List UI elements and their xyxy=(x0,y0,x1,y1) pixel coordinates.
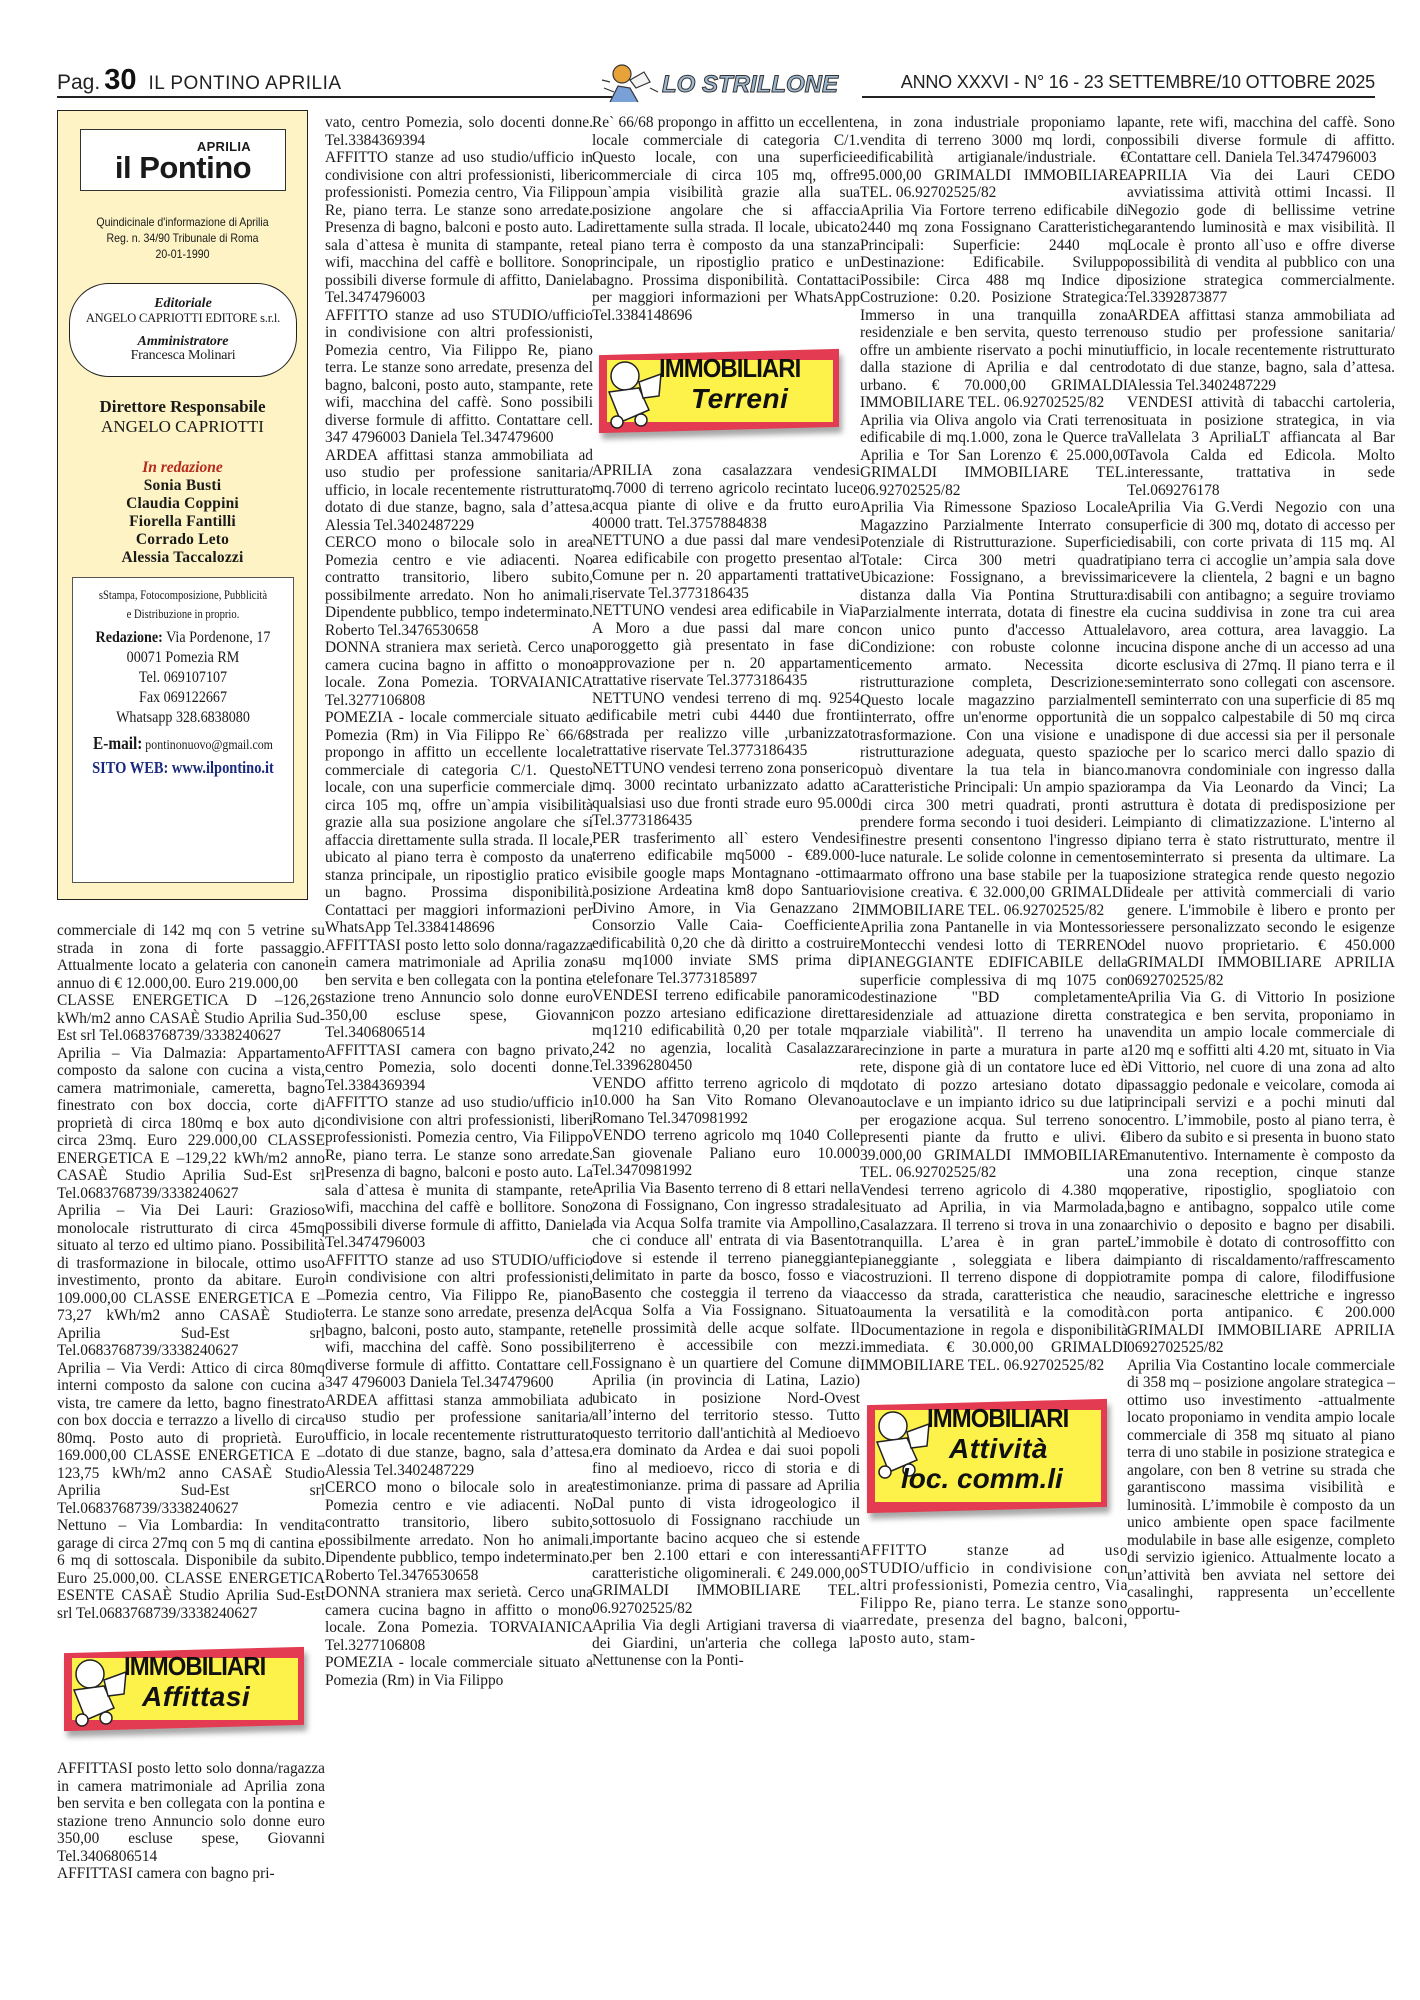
svg-text:LO STRILLONE: LO STRILLONE xyxy=(662,71,839,98)
classified-ad: vato, centro Pomezia, solo docenti donne… xyxy=(325,114,593,149)
classified-ad: AFFITTASI posto letto solo donna/ragazza… xyxy=(325,937,593,1042)
classified-ad: NETTUNO a due passi dal mare vendesi are… xyxy=(592,532,860,602)
classified-ad: NETTUNO vendesi terreno zona ponserico m… xyxy=(592,760,860,830)
classified-ad: Aprilia Via degli Artigiani traversa di … xyxy=(592,1617,860,1670)
classified-ad: POMEZIA - locale commerciale situato a P… xyxy=(325,1654,593,1689)
section-banner-attivita: IMMOBILIARI Attività loc. comm.li xyxy=(863,1396,1113,1522)
column-2: vato, centro Pomezia, solo docenti donne… xyxy=(325,114,593,1689)
whatsapp-number: Whatsapp 328.6838080 xyxy=(86,708,280,728)
classified-ad: Aprilia – Via Dei Lauri: Grazioso monolo… xyxy=(57,1202,325,1360)
classified-ad: Aprilia – Via Dalmazia: Appartamento com… xyxy=(57,1045,325,1203)
classified-ad: ARDEA affittasi stanza ammobiliata ad us… xyxy=(325,1392,593,1480)
classified-ad: AFFITTASI posto letto solo donna/ragazza… xyxy=(57,1760,325,1865)
classified-ad: Aprilia via Oliva angolo via Crati terre… xyxy=(860,412,1128,500)
classified-ad: NETTUNO vendesi area edificabile in Via … xyxy=(592,602,860,690)
lo-strillone-logo-icon: LO STRILLONE xyxy=(600,58,880,106)
classified-ad: Re` 66/68 propongo in affitto un eccelle… xyxy=(592,114,860,324)
classified-ad: DONNA straniera max serietà. Cerco una c… xyxy=(325,1584,593,1654)
column-1: APRILIA il Pontino Quindicinale d'inform… xyxy=(57,108,325,1883)
section-banner-terreni: IMMOBILIARI Terreni xyxy=(595,346,845,442)
classified-ad: Aprilia – Via Verdi: Attico di circa 80m… xyxy=(57,1360,325,1518)
publication-title: IL PONTINO APRILIA xyxy=(148,73,341,95)
newsboy-mascot-icon xyxy=(595,352,665,432)
classified-ad: AFFITTASI camera con bagno privato, cent… xyxy=(325,1042,593,1095)
column-4: na, in zona industriale proponiamo la ve… xyxy=(860,114,1128,1647)
director-block: Direttore Responsabile ANGELO CAPRIOTTI xyxy=(58,397,307,437)
page-header: Pag. 30 IL PONTINO APRILIA LO STRILLONE … xyxy=(57,62,1375,102)
classified-ad: na, in zona industriale proponiamo la ve… xyxy=(860,114,1128,202)
column-3: Re` 66/68 propongo in affitto un eccelle… xyxy=(592,114,860,1670)
classified-ad: Aprilia Via Costantino locale commercial… xyxy=(1127,1357,1395,1620)
classified-ad: APRILIA zona casalazzara vendesi mq.7000… xyxy=(592,462,860,532)
classified-ad: Aprilia zona Pantanelle in via Montessor… xyxy=(860,919,1128,1182)
column-5: pante, rete wifi, macchina del caffè. So… xyxy=(1127,114,1395,1619)
issue-info: ANNO XXXVI - N° 16 - 23 SETTEMBRE/10 OTT… xyxy=(862,62,1375,98)
email-address: E-mail: pontinonuovo@gmail.com xyxy=(90,732,277,757)
classified-ad: CLASSE ENERGETICA D –126,26 kWh/m2 anno … xyxy=(57,992,325,1045)
header-left: Pag. 30 IL PONTINO APRILIA xyxy=(57,62,612,98)
classified-ad: CERCO mono o bilocale solo in area Pomez… xyxy=(325,534,593,639)
page-label: Pag. xyxy=(57,71,100,95)
classified-ad: AFFITTO stanze ad uso STUDIO/ufficio in … xyxy=(860,1542,1128,1647)
classified-ad: NETTUNO vendesi terreno di mq. 9254 edif… xyxy=(592,690,860,760)
classified-ad: VENDO affitto terreno agricolo di mq 10.… xyxy=(592,1075,860,1128)
classified-ad: ARDEA affittasi stanza ammobiliata ad us… xyxy=(325,447,593,535)
classified-ad: VENDESI attività di tabacchi cartoleria,… xyxy=(1127,394,1395,499)
fax-number: Fax 069122667 xyxy=(86,688,280,708)
section-banner-affittasi: IMMOBILIARI Affittasi xyxy=(60,1644,310,1740)
il-pontino-logo: APRILIA il Pontino xyxy=(80,129,286,191)
classified-ad: Aprilia Via Basento terreno di 8 ettari … xyxy=(592,1180,860,1618)
classified-ad: commerciale di 142 mq con 5 vetrine su s… xyxy=(57,922,325,992)
contacts-box: sStampa, Fotocomposizione, Pubblicità e … xyxy=(72,577,294,883)
classified-ad: Aprilia Via G. di Vittorio In posizione … xyxy=(1127,989,1395,1357)
classified-ad: Nettuno – Via Lombardia: In vendita gara… xyxy=(57,1517,325,1622)
classified-ad: AFFITTO stanze ad uso studio/ufficio in … xyxy=(325,1094,593,1252)
masthead-box: APRILIA il Pontino Quindicinale d'inform… xyxy=(57,110,308,900)
classified-ad: CERCO mono o bilocale solo in area Pomez… xyxy=(325,1479,593,1584)
classified-ad: DONNA straniera max serietà. Cerco una c… xyxy=(325,639,593,709)
classified-ad: AFFITTO stanze ad uso STUDIO/ufficio in … xyxy=(325,307,593,447)
classified-ad: Aprilia Via G.Verdi Negozio con una supe… xyxy=(1127,499,1395,989)
classified-ad: VENDO terreno agricolo mq 1040 Colle San… xyxy=(592,1127,860,1180)
newsboy-mascot-icon xyxy=(60,1650,130,1730)
publication-info: Quindicinale d'informazione di Aprilia R… xyxy=(73,214,292,262)
classified-ad: PER trasferimento all` estero Vendesi te… xyxy=(592,830,860,988)
page-number: 30 xyxy=(104,65,136,95)
classified-ad: APRILIA Via dei Lauri CEDO avviatissima … xyxy=(1127,167,1395,307)
classified-ad: pante, rete wifi, macchina del caffè. So… xyxy=(1127,114,1395,167)
classified-ad: AFFITTO stanze ad uso studio/ufficio in … xyxy=(325,149,593,307)
classified-ad: Aprilia Via Rimessone Spazioso Locale Ma… xyxy=(860,499,1128,919)
phone-number: Tel. 069107107 xyxy=(86,668,280,688)
classified-ad: AFFITTASI camera con bagno pri- xyxy=(57,1865,325,1883)
classified-ad: AFFITTO stanze ad uso STUDIO/ufficio in … xyxy=(325,1252,593,1392)
classified-ad: Aprilia Via Fortore terreno edificabile … xyxy=(860,202,1128,412)
classified-ad: POMEZIA - locale commerciale situato a P… xyxy=(325,709,593,937)
website-link[interactable]: SITO WEB: www.ilpontino.it xyxy=(90,757,277,779)
publisher-oval: Editoriale ANGELO CAPRIOTTI EDITORE s.r.… xyxy=(69,283,297,377)
classified-ad: ARDEA affittasi stanza ammobiliata ad us… xyxy=(1127,307,1395,395)
editorial-staff: In redazione Sonia Busti Claudia Coppini… xyxy=(58,459,307,567)
classified-ad: VENDESI terreno edificabile panoramico c… xyxy=(592,987,860,1075)
classified-ad: Vendesi terreno agricolo di 4.380 mq sit… xyxy=(860,1182,1128,1375)
